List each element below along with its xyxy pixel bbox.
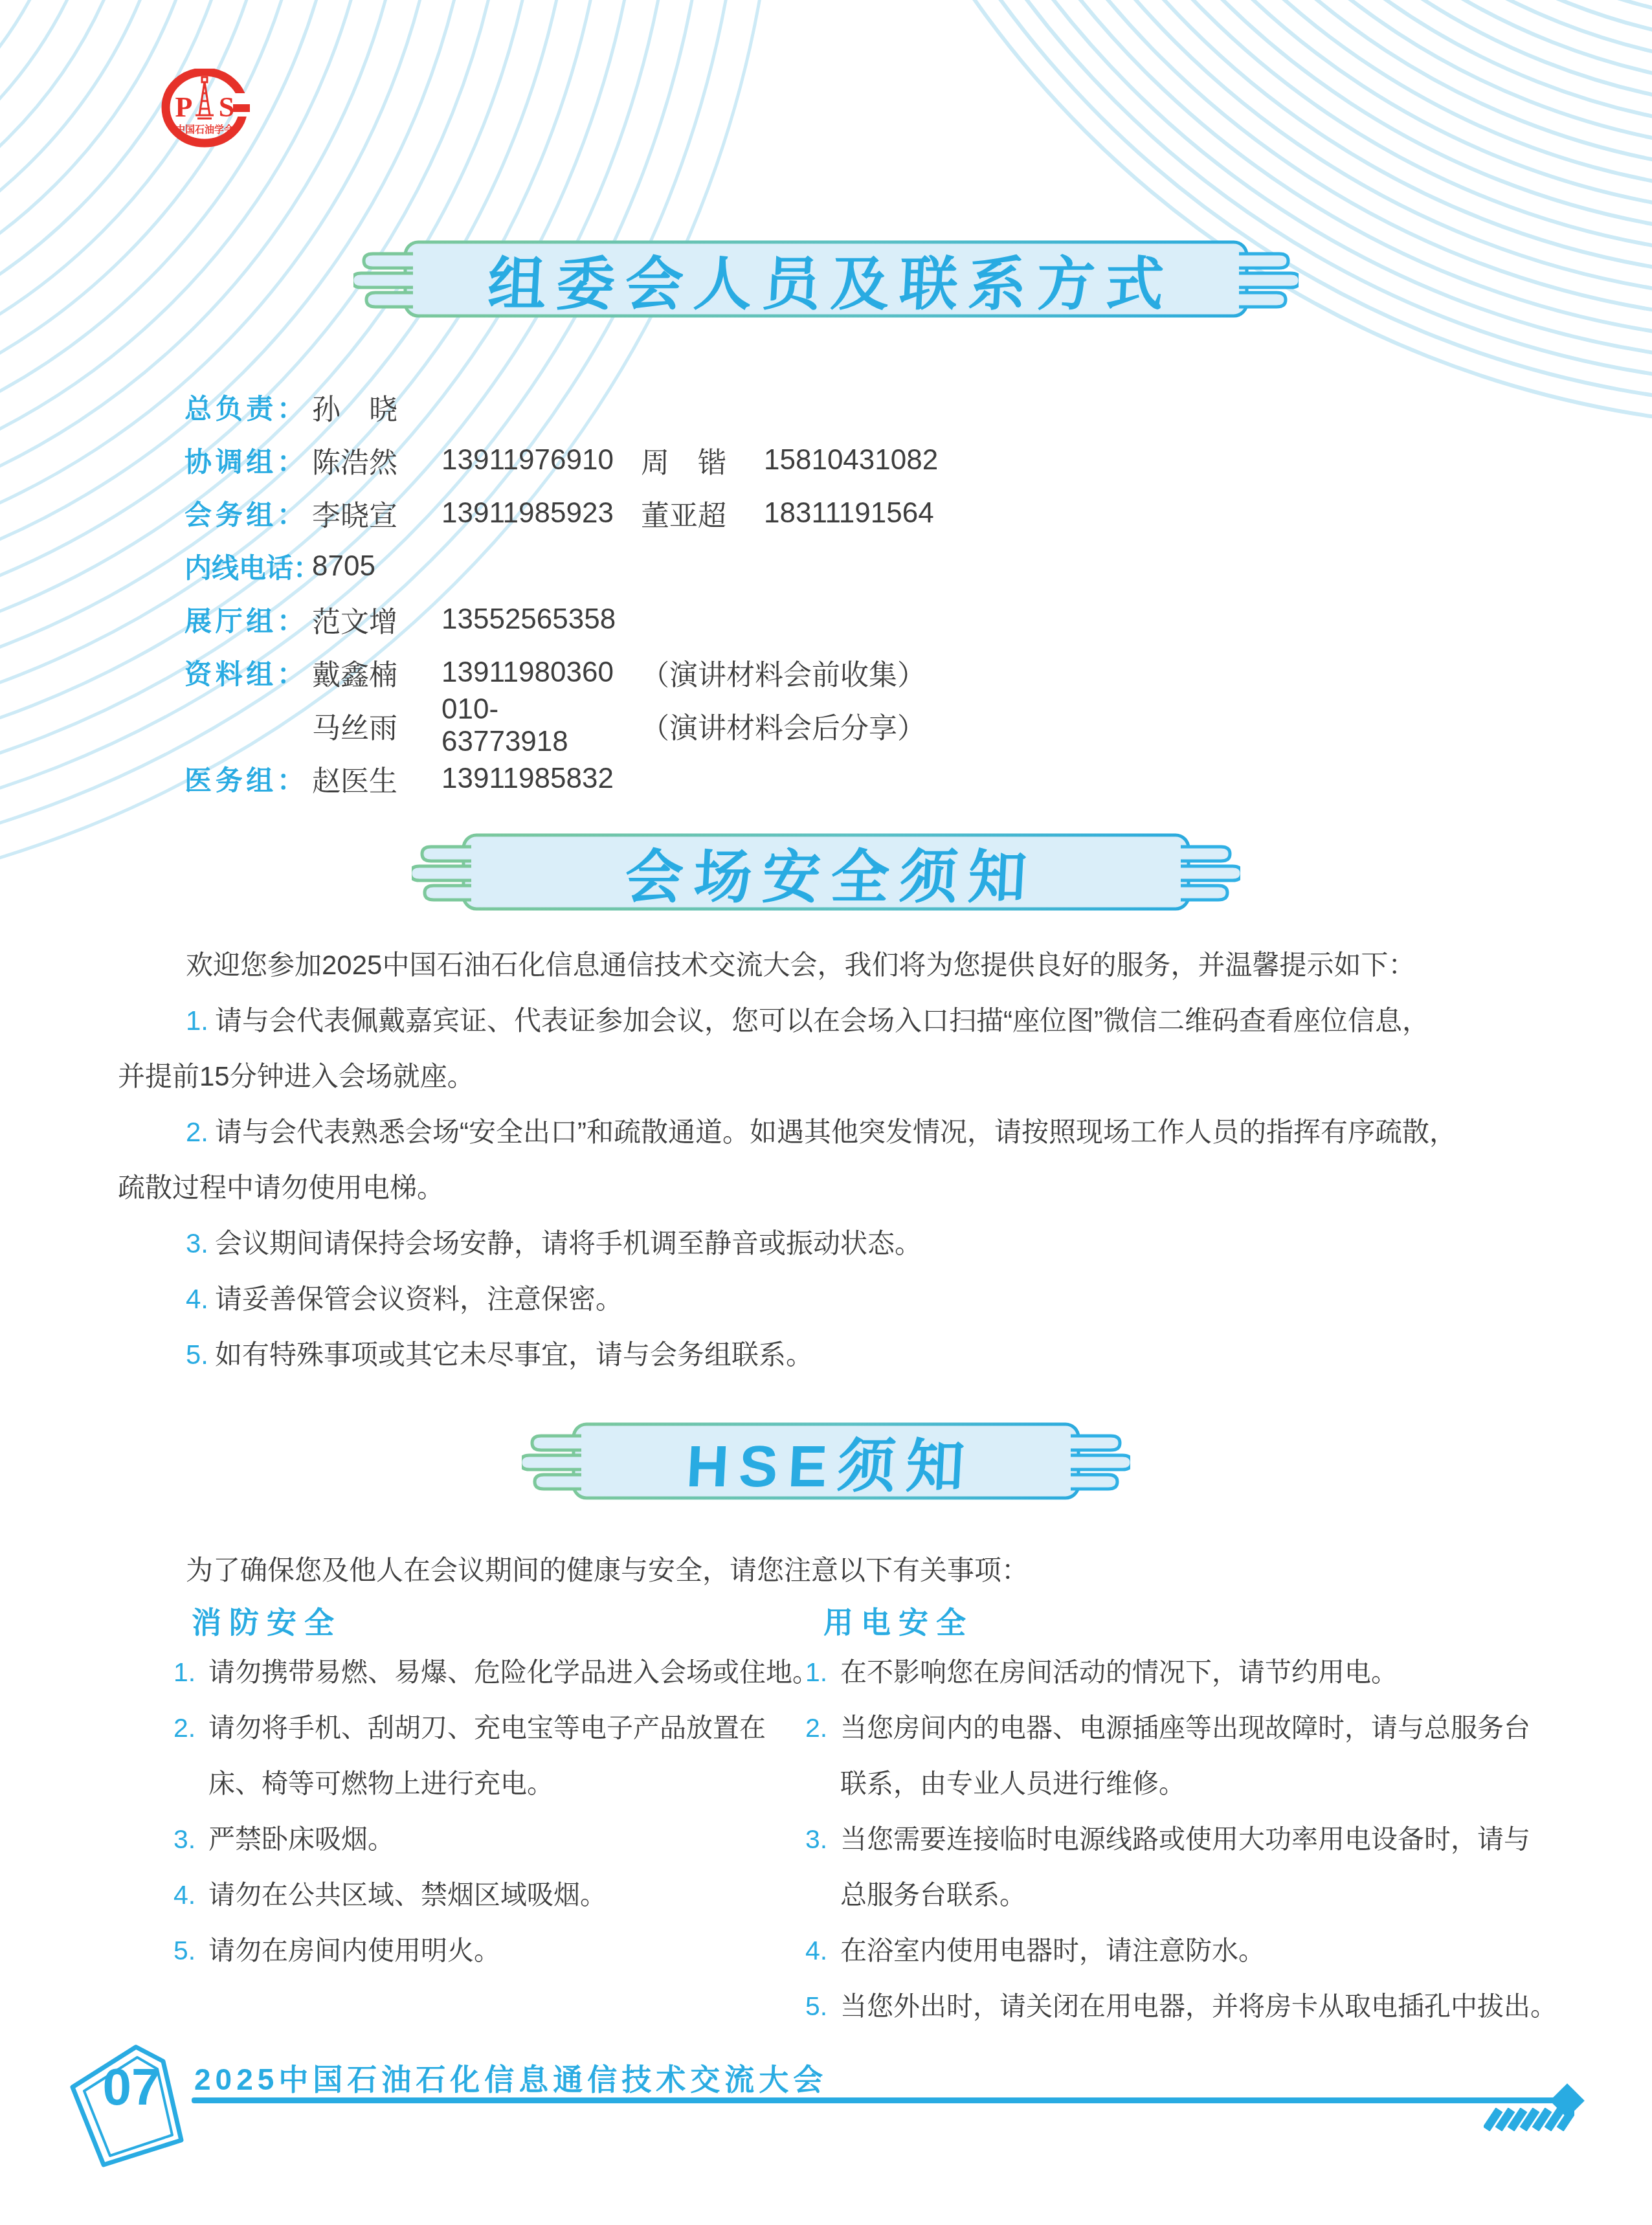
contact-note: （演讲材料会后分享） <box>641 705 926 746</box>
contact-phone: 13911976910 <box>441 444 623 476</box>
document-page: P S 中国石油学会 组委会人员及联系方式 总负责： 孙 晓 <box>0 0 1652 2225</box>
venue-safety-item: 1.请与会代表佩戴嘉宾证、代表证参加会议，您可以在会场入口扫描“座位图”微信二维… <box>118 993 1550 1104</box>
contact-phone: 010-63773918 <box>441 693 623 758</box>
hatch-marks-icon <box>1484 2108 1574 2131</box>
contact-group-label: 医务组： <box>184 759 304 798</box>
contact-name: 赵医生 <box>312 758 403 799</box>
item-number: 5. <box>805 1978 840 2034</box>
contact-phone: 13911985832 <box>441 763 623 795</box>
electrical-safety-column: 用电安全 1.在不影响您在房间活动的情况下，请节约用电。 2.当您房间内的电器、… <box>805 1596 1592 2034</box>
venue-safety-item: 4.请妥善保管会议资料，注意保密。 <box>118 1271 1550 1327</box>
item-number: 3. <box>186 1228 208 1258</box>
page-number: 07 <box>89 2057 173 2117</box>
contact-group-label: 协调组： <box>184 441 304 480</box>
contact-phone: 13552565358 <box>441 603 623 636</box>
contact-group-label: 展厅组： <box>184 600 304 639</box>
fire-safety-column: 消防安全 1.请勿携带易燃、易爆、危险化学品进入会场或住地。 2.请勿将手机、刮… <box>173 1596 827 1978</box>
item-number: 2. <box>805 1700 840 1811</box>
electrical-safety-item: 5.当您外出时，请关闭在用电器，并将房卡从取电插孔中拔出。 <box>805 1978 1592 2034</box>
electrical-safety-item: 4.在浴室内使用电器时，请注意防水。 <box>805 1923 1592 1978</box>
committee-contact-list: 总负责： 孙 晓 协调组： 陈浩然 13911976910 周 锴 158104… <box>184 381 958 805</box>
contact-name-2: 董亚超 <box>641 493 735 534</box>
contact-row: 协调组： 陈浩然 13911976910 周 锴 15810431082 <box>184 434 958 487</box>
item-number: 4. <box>173 1867 208 1923</box>
contact-group-label: 总负责： <box>184 388 304 427</box>
contact-row: 资料组： 戴鑫楠 13911980360 （演讲材料会前收集） <box>184 646 958 699</box>
venue-safety-item: 2.请与会代表熟悉会场“安全出口”和疏散通道。如遇其他突发情况，请按照现场工作人… <box>118 1104 1550 1216</box>
logo-letter-p: P <box>175 91 193 123</box>
conference-name: 2025中国石油石化信息通信技术交流大会 <box>194 2056 827 2099</box>
item-number: 2. <box>186 1117 208 1147</box>
electrical-safety-heading: 用电安全 <box>805 1596 1592 1644</box>
contact-group-label: 会务组： <box>184 494 304 533</box>
contact-row: 内线电话： 8705 <box>184 540 958 593</box>
item-number: 5. <box>186 1339 208 1370</box>
venue-safety-title-banner: 会场安全须知 <box>412 830 1240 914</box>
contact-name: 孙 晓 <box>312 386 403 428</box>
venue-safety-intro: 欢迎您参加2025中国石油石化信息通信技术交流大会，我们将为您提供良好的服务，并… <box>118 937 1550 993</box>
hse-section-title: HSE须知 <box>675 1419 977 1503</box>
contact-phone-2: 15810431082 <box>764 444 958 476</box>
hse-title-banner: HSE须知 <box>522 1419 1130 1503</box>
electrical-safety-item: 1.在不影响您在房间活动的情况下，请节约用电。 <box>805 1644 1592 1700</box>
venue-safety-item: 3.会议期间请保持会场安静，请将手机调至静音或振动状态。 <box>118 1216 1550 1271</box>
fire-safety-item: 1.请勿携带易燃、易爆、危险化学品进入会场或住地。 <box>173 1644 827 1700</box>
electrical-safety-item: 2.当您房间内的电器、电源插座等出现故障时，请与总服务台 联系，由专业人员进行维… <box>805 1700 1592 1811</box>
item-number: 4. <box>805 1923 840 1978</box>
fire-safety-item: 4.请勿在公共区域、禁烟区域吸烟。 <box>173 1867 827 1923</box>
committee-title-banner: 组委会人员及联系方式 <box>353 237 1299 321</box>
contact-row: 医务组： 赵医生 13911985832 <box>184 752 958 805</box>
electrical-safety-item: 3.当您需要连接临时电源线路或使用大功率用电设备时，请与 总服务台联系。 <box>805 1811 1592 1923</box>
contact-name: 戴鑫楠 <box>312 652 403 693</box>
committee-section-title: 组委会人员及联系方式 <box>476 237 1177 321</box>
contact-phone: 13911980360 <box>441 656 623 689</box>
contact-note: （演讲材料会前收集） <box>641 652 926 693</box>
contact-row: 展厅组： 范文增 13552565358 <box>184 593 958 646</box>
item-number: 1. <box>173 1644 208 1700</box>
venue-safety-text: 欢迎您参加2025中国石油石化信息通信技术交流大会，我们将为您提供良好的服务，并… <box>118 937 1550 1383</box>
venue-safety-item: 5.如有特殊事项或其它未尽事宜，请与会务组联系。 <box>118 1327 1550 1383</box>
oil-derrick-icon <box>195 77 214 118</box>
fire-safety-item: 5.请勿在房间内使用明火。 <box>173 1923 827 1978</box>
footer-rule <box>192 2097 1567 2103</box>
item-number: 4. <box>186 1284 208 1314</box>
venue-safety-section-title: 会场安全须知 <box>613 830 1040 914</box>
fire-safety-item: 3.严禁卧床吸烟。 <box>173 1811 827 1867</box>
fire-safety-item: 2.请勿将手机、刮胡刀、充电宝等电子产品放置在 床、椅等可燃物上进行充电。 <box>173 1700 827 1811</box>
contact-row: 会务组： 李晓宣 13911985923 董亚超 18311191564 <box>184 487 958 540</box>
logo-ring-serif <box>233 104 250 112</box>
item-number: 3. <box>173 1811 208 1867</box>
contact-name-2: 周 锴 <box>641 440 735 481</box>
contact-name: 马丝雨 <box>312 705 403 746</box>
contact-group-label: 资料组： <box>184 653 304 692</box>
contact-row: 马丝雨 010-63773918 （演讲材料会后分享） <box>184 699 958 752</box>
item-number: 3. <box>805 1811 840 1923</box>
contact-group-label: 内线电话： <box>184 547 304 586</box>
contact-name: 李晓宣 <box>312 493 403 534</box>
item-number: 1. <box>186 1005 208 1036</box>
contact-name: 陈浩然 <box>312 440 403 481</box>
item-number: 1. <box>805 1644 840 1700</box>
contact-extension-number: 8705 <box>312 550 403 583</box>
contact-phone: 13911985923 <box>441 497 623 530</box>
logo-letter-s: S <box>219 91 234 123</box>
item-number: 2. <box>173 1700 208 1811</box>
item-number: 5. <box>173 1923 208 1978</box>
contact-phone-2: 18311191564 <box>764 497 958 530</box>
hse-intro: 为了确保您及他人在会议期间的健康与安全，请您注意以下有关事项： <box>118 1551 1550 1590</box>
fire-safety-heading: 消防安全 <box>173 1596 827 1644</box>
cps-society-logo: P S 中国石油学会 <box>161 69 252 151</box>
contact-row: 总负责： 孙 晓 <box>184 381 958 434</box>
logo-society-name: 中国石油学会 <box>175 124 234 135</box>
contact-name: 范文增 <box>312 599 403 640</box>
